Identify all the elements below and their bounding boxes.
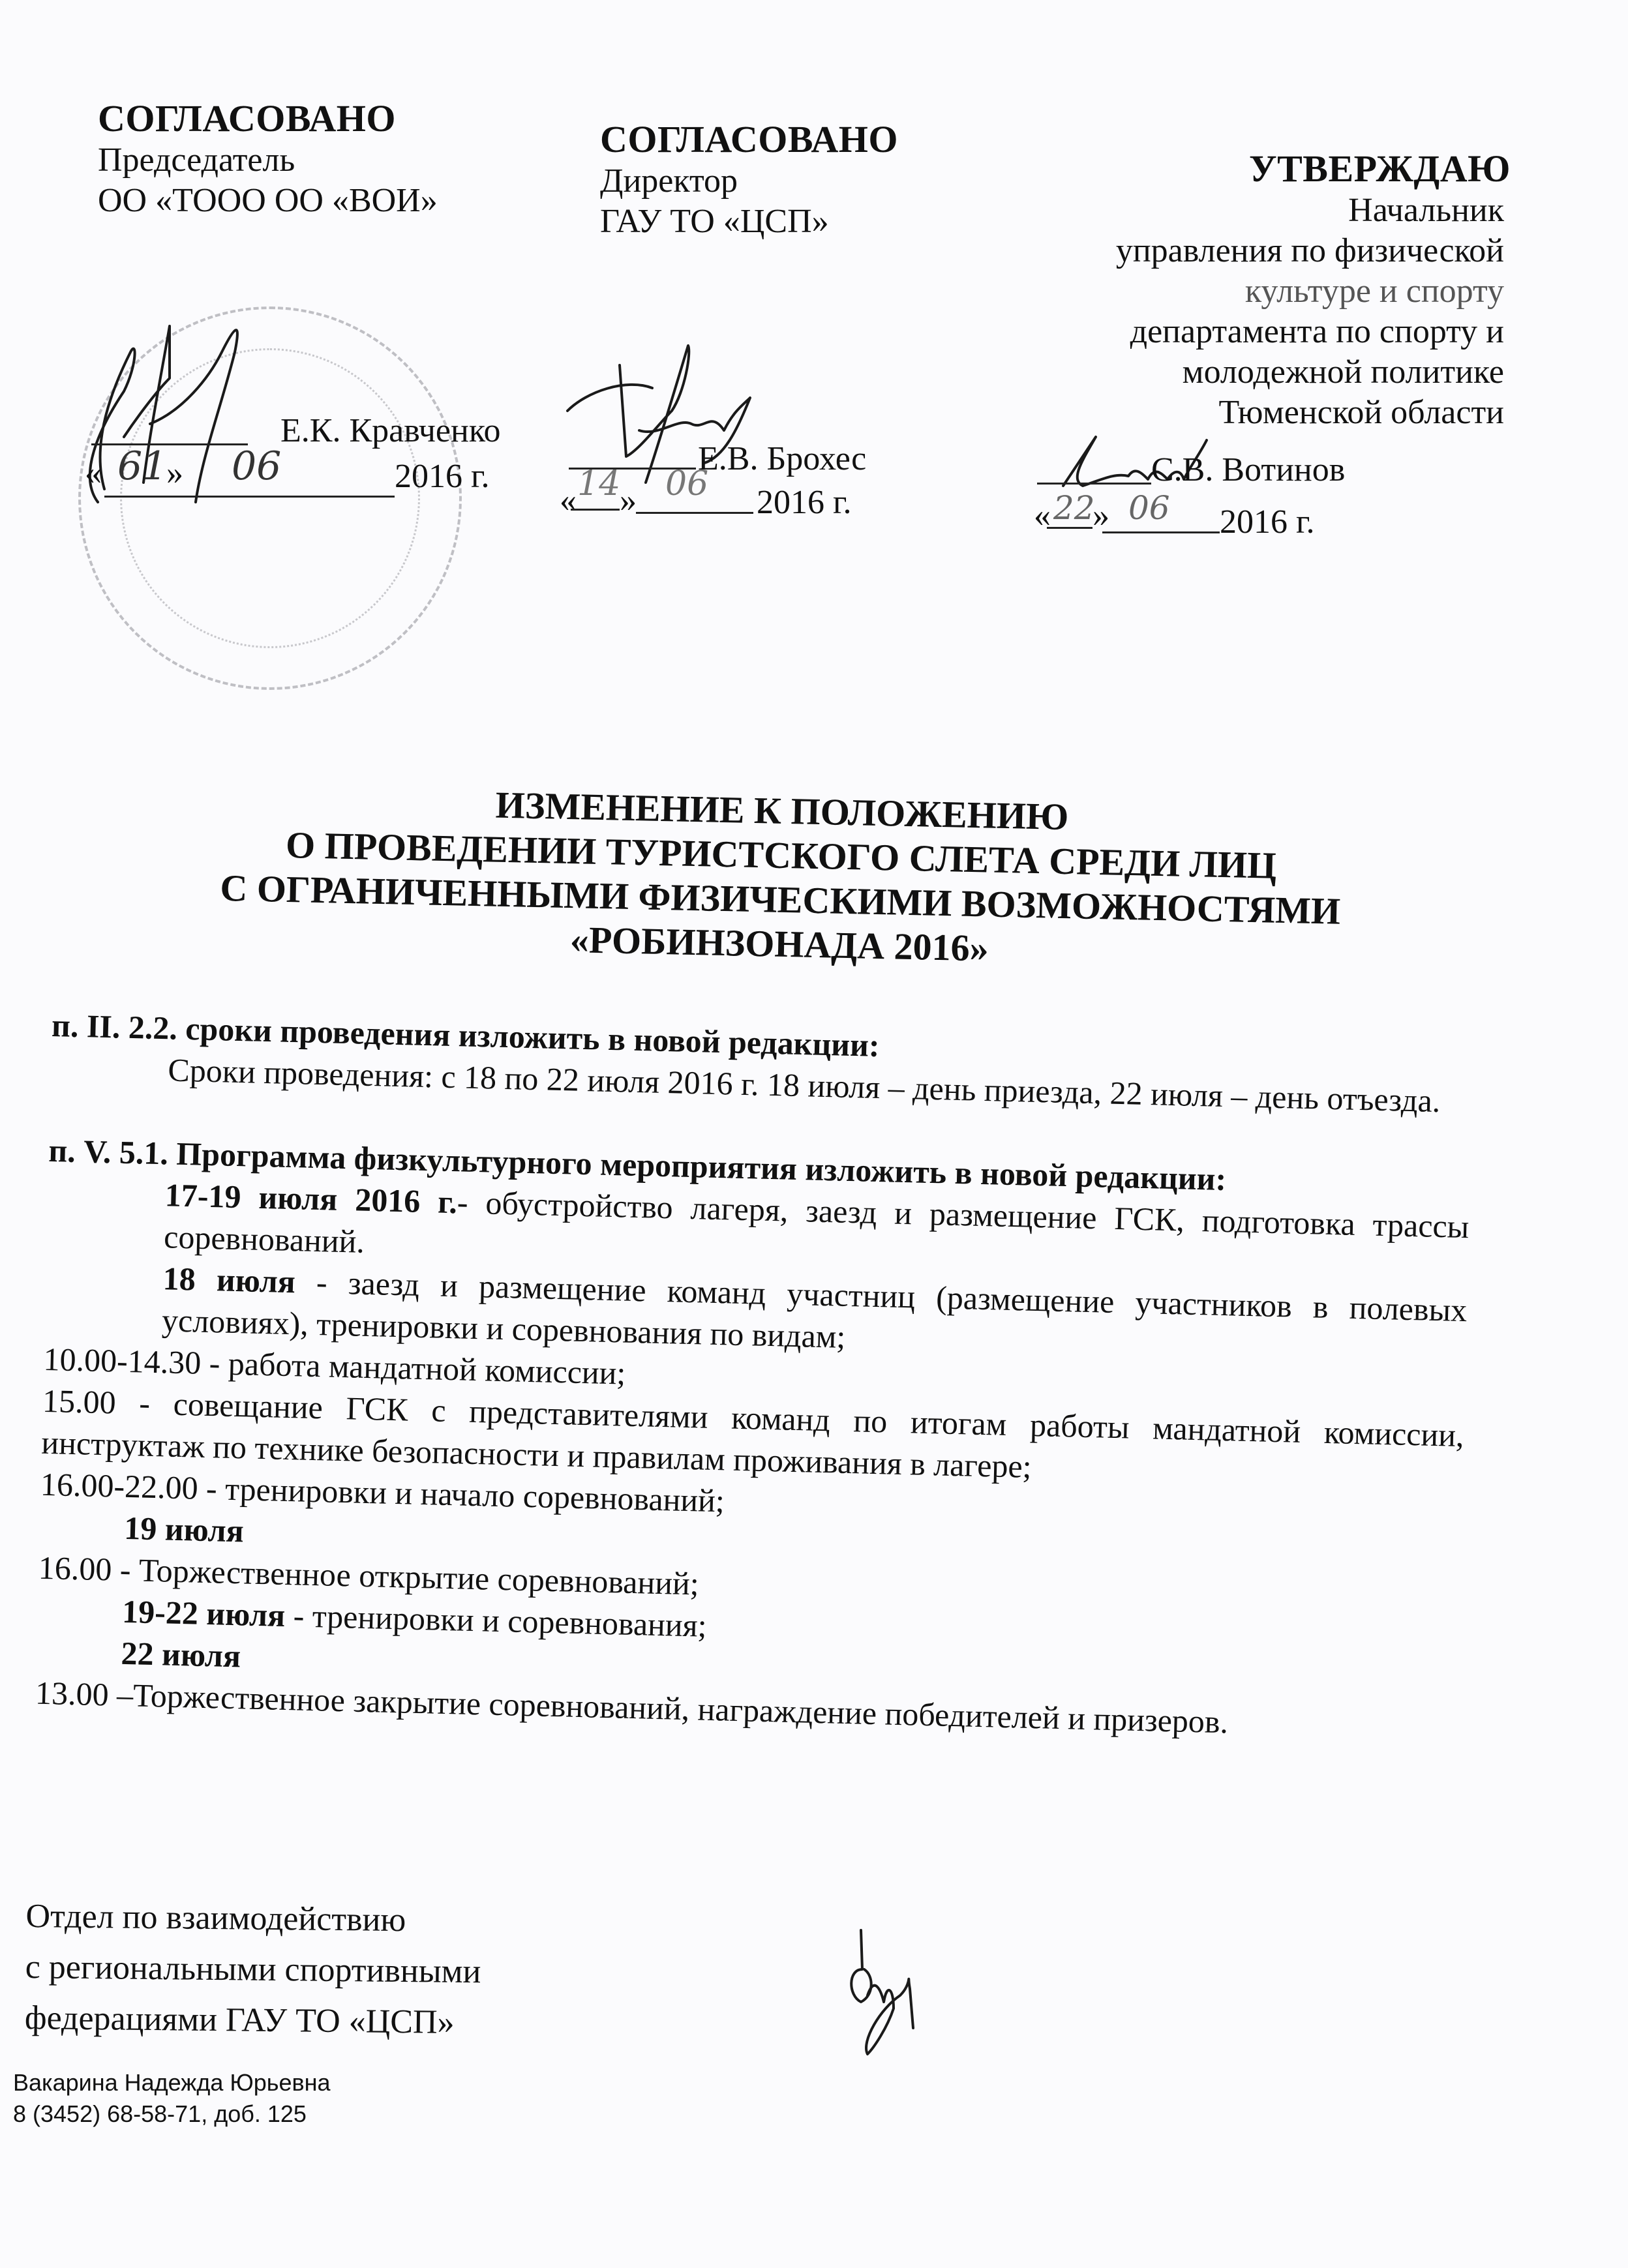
contact-info: Вакарина Надежда Юрьевна 8 (3452) 68-58-…	[13, 2067, 331, 2130]
date-open-quote: «	[85, 453, 102, 494]
signatory-name: Е.В. Брохес	[698, 439, 866, 479]
date-close-quote: »	[166, 453, 183, 494]
approval-organization: ОО «ТООО ОО «ВОИ»	[98, 181, 438, 221]
approval-heading: СОГЛАСОВАНО	[600, 117, 898, 161]
approval-department: культуре и спорту	[1116, 271, 1504, 312]
date-close-quote: »	[1093, 496, 1109, 536]
date-year: 2016 г.	[757, 483, 851, 523]
approval-heading: СОГЛАСОВАНО	[98, 97, 438, 140]
signatory-name: Е.К. Кравченко	[280, 411, 500, 451]
date-line	[636, 512, 753, 514]
approval-position: Начальник	[1116, 190, 1504, 231]
date-day: 14	[577, 464, 620, 503]
date-line	[186, 496, 395, 498]
date-line	[1047, 527, 1093, 529]
date-open-quote: «	[1034, 496, 1051, 536]
date-open-quote: «	[560, 481, 577, 521]
date-month: 06	[232, 443, 281, 489]
date-day: 61	[117, 443, 167, 489]
approval-position: Директор	[600, 161, 898, 201]
contact-phone: 8 (3452) 68-58-71, доб. 125	[13, 2098, 331, 2130]
document-title: ИЗМЕНЕНИЕ К ПОЛОЖЕНИЮ О ПРОВЕДЕНИИ ТУРИС…	[159, 776, 1402, 979]
document-body: п. II. 2.2. сроки проведения изложить в …	[35, 1004, 1473, 1748]
contact-name: Вакарина Надежда Юрьевна	[13, 2067, 331, 2098]
date-month: 06	[1128, 489, 1170, 527]
date-line	[571, 509, 620, 511]
approval-department: департамента по спорту и	[1116, 312, 1504, 352]
date-close-quote: »	[620, 481, 637, 521]
signature-line	[1037, 483, 1151, 485]
approval-block-director: СОГЛАСОВАНО Директор ГАУ ТО «ЦСП»	[600, 117, 898, 242]
date-day: 22	[1053, 489, 1095, 527]
approval-block-head: УТВЕРЖДАЮ Начальник управления по физиче…	[1116, 147, 1504, 433]
approval-department: молодежной политике	[1116, 352, 1504, 393]
department-line: с региональными спортивными	[25, 1942, 481, 1997]
department-line: Отдел по взаимодействию	[25, 1891, 481, 1947]
approval-department: управления по физической	[1116, 231, 1504, 271]
department-line: федерациями ГАУ ТО «ЦСП»	[25, 1993, 481, 2048]
date-month: 06	[665, 464, 708, 503]
department-signature-block: Отдел по взаимодействию с региональными …	[25, 1891, 482, 2048]
approval-block-chairman: СОГЛАСОВАНО Председатель ОО «ТООО ОО «ВО…	[98, 97, 438, 221]
signature-department	[822, 1930, 952, 2061]
signature-line	[91, 443, 248, 445]
approval-organization: ГАУ ТО «ЦСП»	[600, 201, 898, 242]
date-year: 2016 г.	[395, 456, 489, 497]
approval-position: Председатель	[98, 140, 438, 181]
date-year: 2016 г.	[1220, 502, 1314, 543]
date-line	[1102, 531, 1220, 533]
signatory-name: С.В. Вотинов	[1151, 450, 1345, 490]
document-page: СОГЛАСОВАНО Председатель ОО «ТООО ОО «ВО…	[0, 0, 1628, 2268]
approval-heading: УТВЕРЖДАЮ	[1116, 147, 1511, 190]
